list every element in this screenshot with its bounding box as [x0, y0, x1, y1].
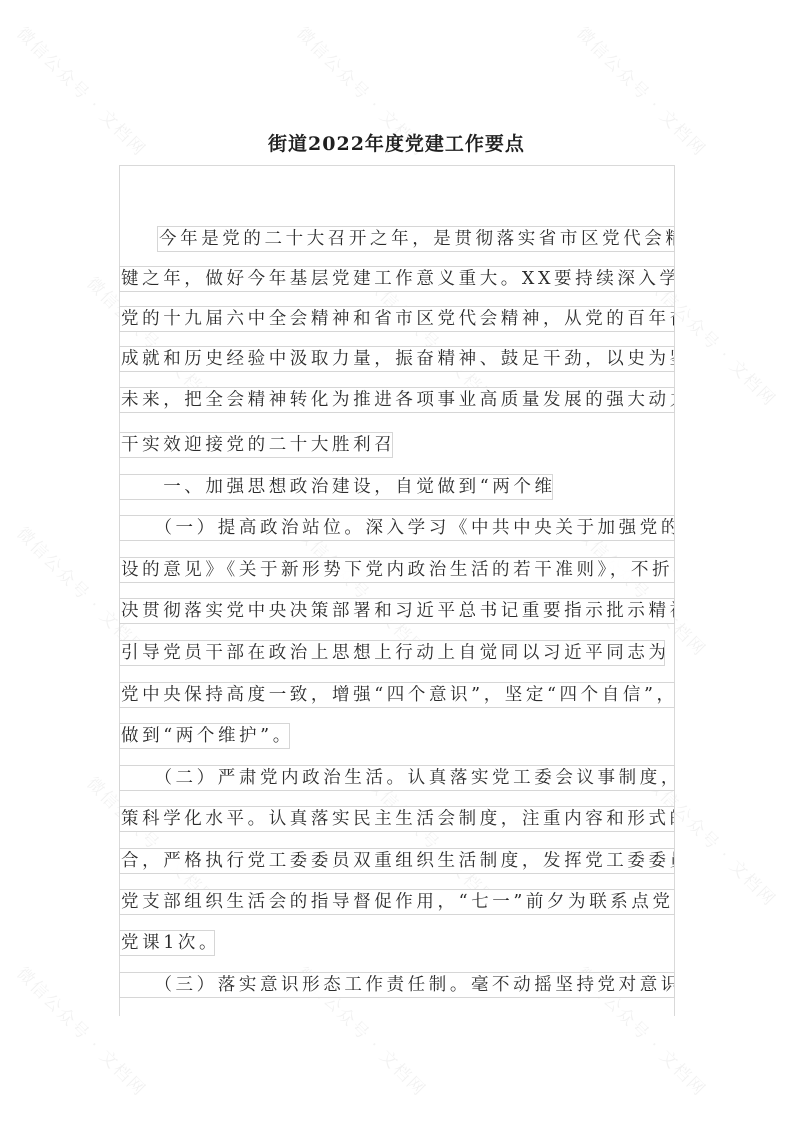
text-line: 党中央保持高度一致，增强“四个意识”，坚定“四个自信”，坚决: [119, 682, 675, 708]
section-heading: 一、加强思想政治建设，自觉做到“两个维护”: [119, 474, 553, 500]
text-line: （二）严肃党内政治生活。认真落实党工委会议事制度，提高决: [119, 765, 675, 791]
text-line: （一）提高政治站位。深入学习《中共中央关于加强党的政治建: [119, 515, 675, 541]
text-line: 做到“两个维护”。: [119, 723, 290, 749]
text-line: 决贯彻落实党中央决策部署和习近平总书记重要指示批示精神，教育: [119, 598, 675, 624]
text-line: （三）落实意识形态工作责任制。毫不动摇坚持党对意识形态工: [119, 972, 675, 998]
document-title: 街道2022年度党建工作要点: [0, 129, 793, 156]
text-line: 干实效迎接党的二十大胜利召开。: [119, 432, 393, 458]
text-line: 键之年，做好今年基层党建工作意义重大。XX要持续深入学习贯彻: [119, 266, 675, 292]
text-line: 党的十九届六中全会精神和省市区党代会精神，从党的百年奋斗重大: [119, 306, 675, 332]
text-line: 未来，把全会精神转化为推进各项事业高质量发展的强大动力，以实: [119, 387, 675, 413]
text-line: 今年是党的二十大召开之年，是贯彻落实省市区党代会精神的关: [157, 226, 675, 252]
text-line: 党课1次。: [119, 930, 215, 956]
text-line: 策科学化水平。认真落实民主生活会制度，注重内容和形式的有机结: [119, 806, 675, 832]
text-line: 引导党员干部在政治上思想上行动上自觉同以习近平同志为核心的: [119, 640, 665, 666]
text-line: 设的意见》《关于新形势下党内政治生活的若干准则》，不折不扣坚: [119, 557, 675, 583]
text-line: 党支部组织生活会的指导督促作用，“七一”前夕为联系点党支部讲: [119, 889, 675, 915]
text-line: 成就和历史经验中汲取力量，振奋精神、鼓足干劲，以史为鉴、开创: [119, 346, 675, 372]
text-line: 合，严格执行党工委委员双重组织生活制度，发挥党工委委员对包抓: [119, 848, 675, 874]
